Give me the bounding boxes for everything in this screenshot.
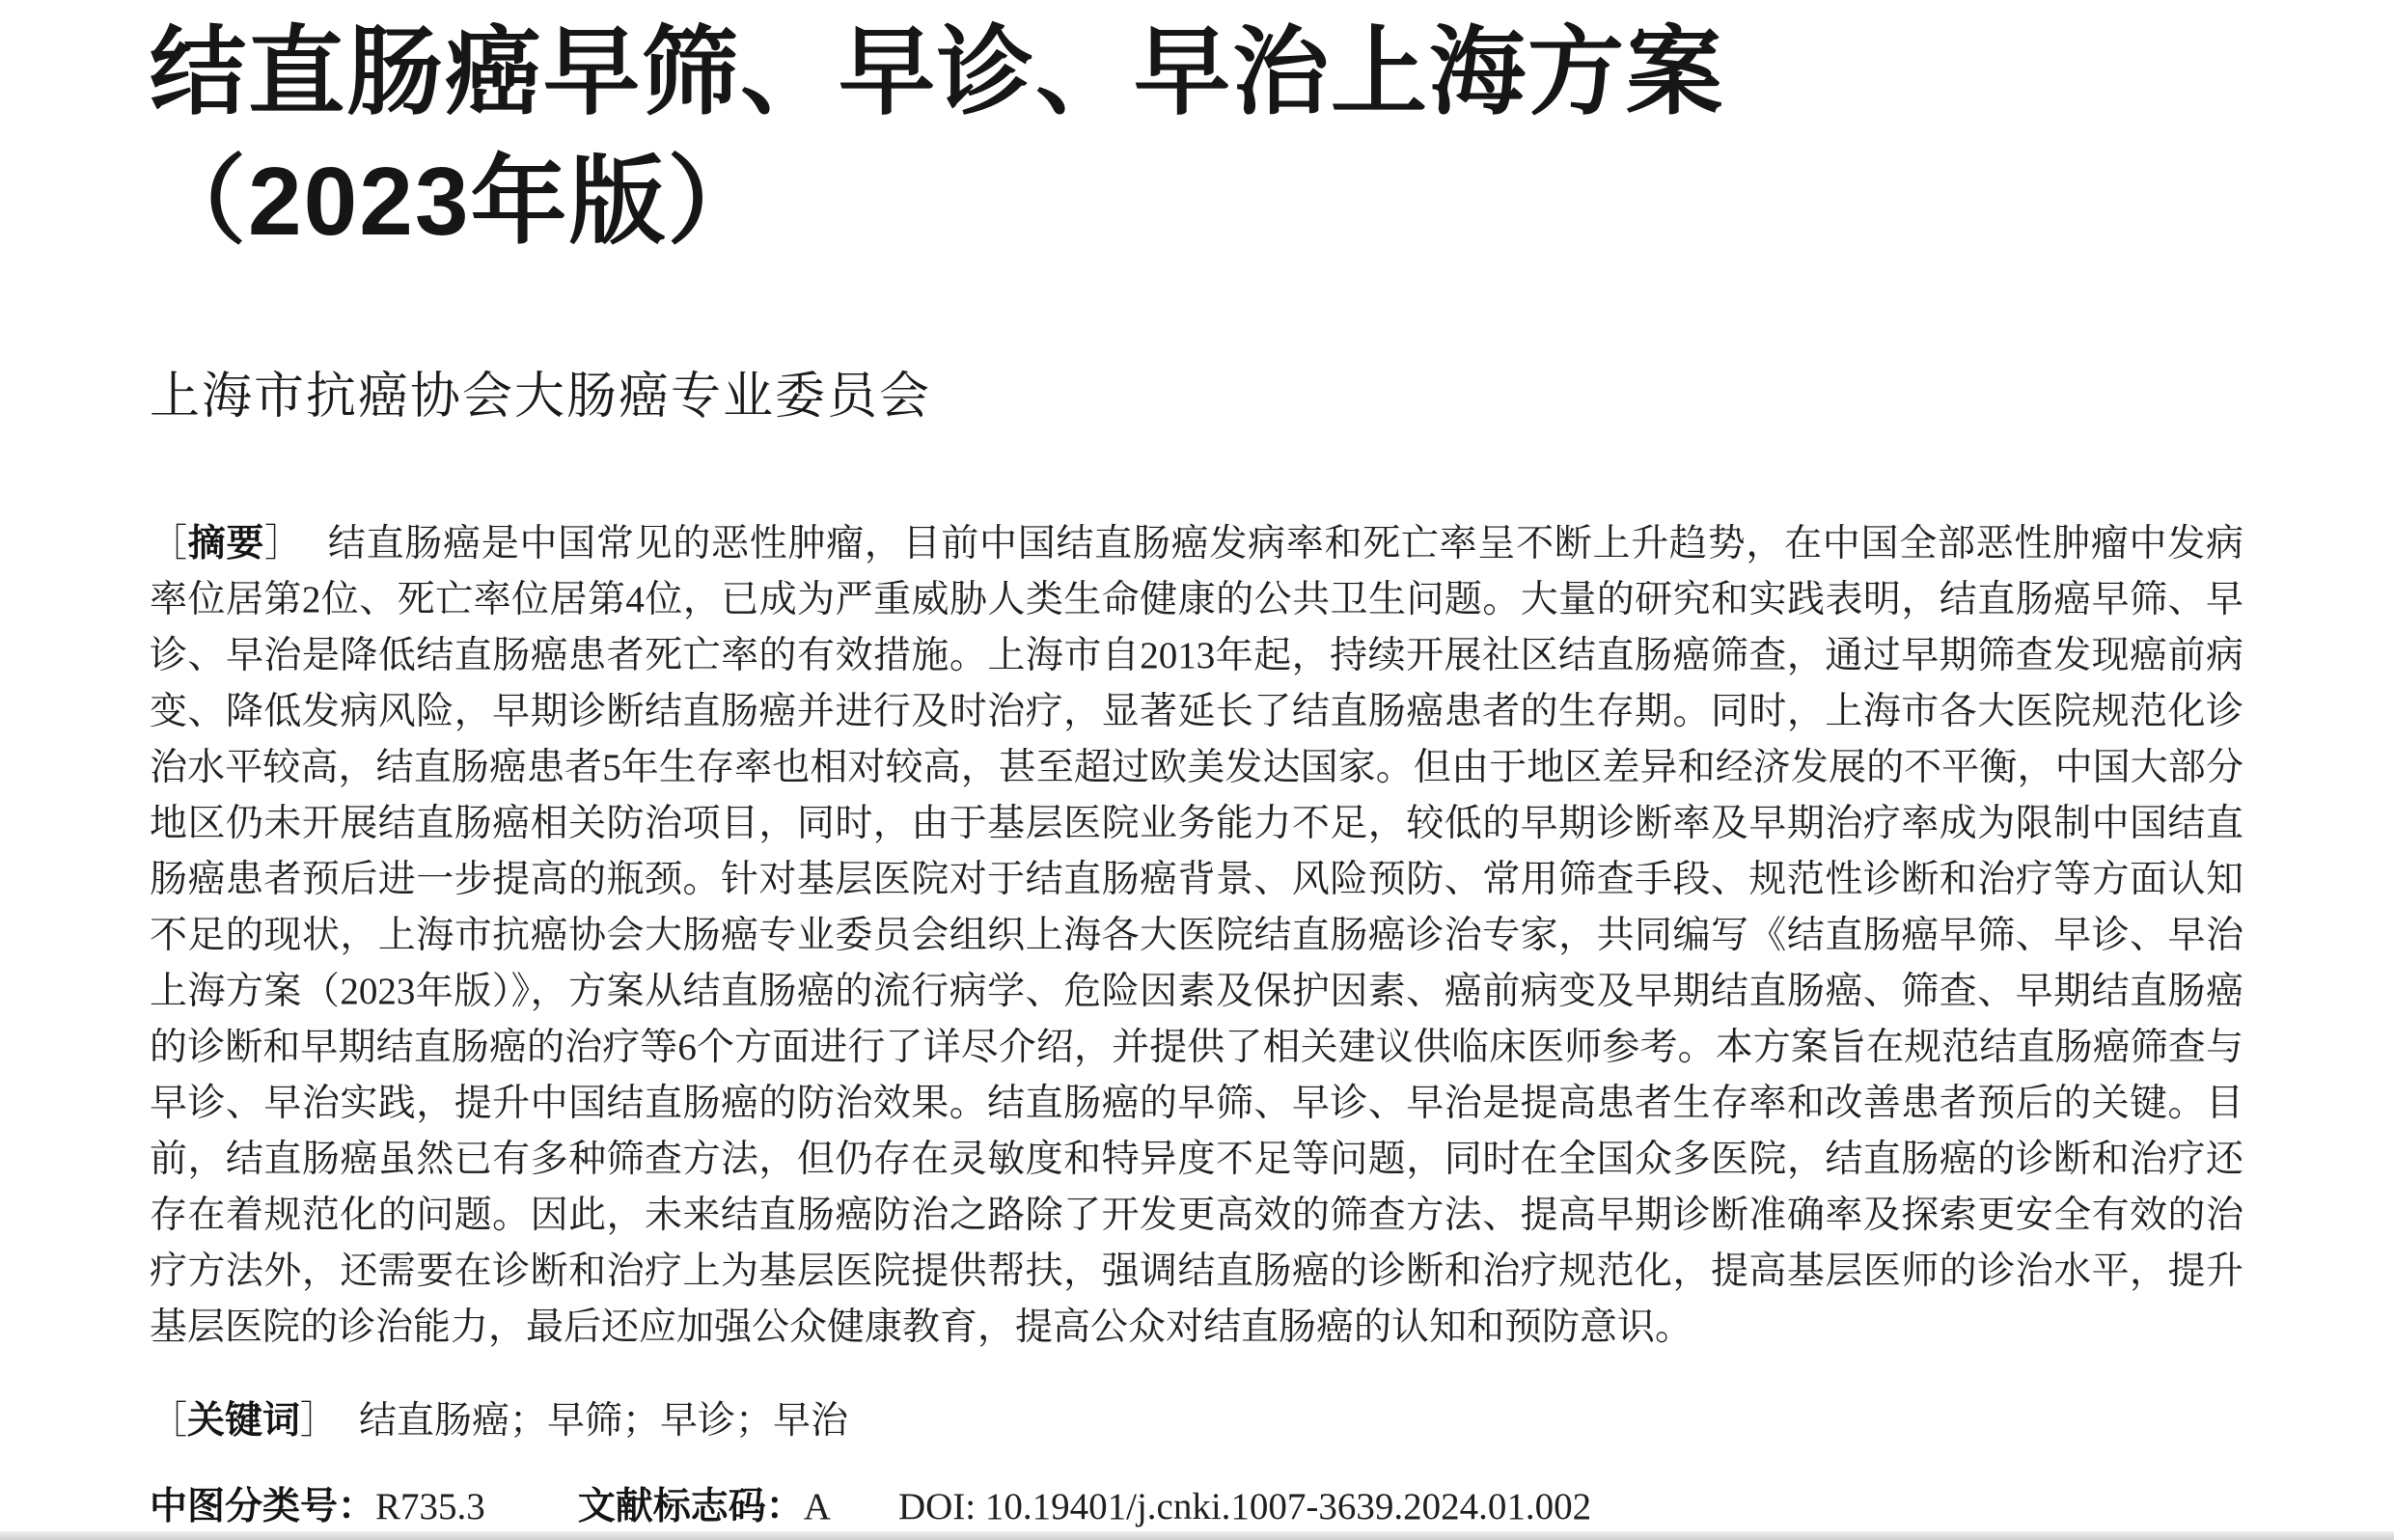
doc-code-label: 文献标志码： <box>578 1486 804 1527</box>
abstract-label: 摘要 <box>188 523 264 564</box>
abstract-paragraph: ［摘要］结直肠癌是中国常见的恶性肿瘤，目前中国结直肠癌发病率和死亡率呈不断上升趋… <box>150 516 2243 1356</box>
doc-code-value: A <box>804 1486 831 1527</box>
abstract-label-close-bracket: ］ <box>264 523 303 564</box>
page-bottom-scan-edge <box>0 1531 2394 1540</box>
clc-label: 中图分类号： <box>150 1486 375 1527</box>
doi-text: DOI: 10.19401/j.cnki.1007-3639.2024.01.0… <box>898 1486 1591 1527</box>
classification-line: 中图分类号：R735.3文献标志码：ADOI: 10.19401/j.cnki.… <box>150 1479 2243 1535</box>
clc-value: R735.3 <box>375 1486 485 1527</box>
article-first-page: 结直肠癌早筛、早诊、早治上海方案 （2023年版） 上海市抗癌协会大肠癌专业委员… <box>0 0 2394 1540</box>
article-title-line-1: 结直肠癌早筛、早诊、早治上海方案 <box>150 8 2243 137</box>
keywords-label-open-bracket: ［ <box>150 1400 187 1442</box>
keywords-text: 结直肠癌；早筛；早诊；早治 <box>359 1400 848 1442</box>
abstract-label-open-bracket: ［ <box>150 523 188 564</box>
keywords-label-close-bracket: ］ <box>300 1400 338 1442</box>
keywords-label: 关键词 <box>187 1400 300 1442</box>
article-title-line-2: （2023年版） <box>150 137 2243 266</box>
article-title: 结直肠癌早筛、早诊、早治上海方案 （2023年版） <box>150 8 2243 266</box>
abstract-text: 结直肠癌是中国常见的恶性肿瘤，目前中国结直肠癌发病率和死亡率呈不断上升趋势，在中… <box>150 523 2243 1348</box>
keywords-line: ［关键词］结直肠癌；早筛；早诊；早治 <box>150 1393 2243 1449</box>
author-affiliation: 上海市抗癌协会大肠癌专业委员会 <box>150 370 2243 424</box>
